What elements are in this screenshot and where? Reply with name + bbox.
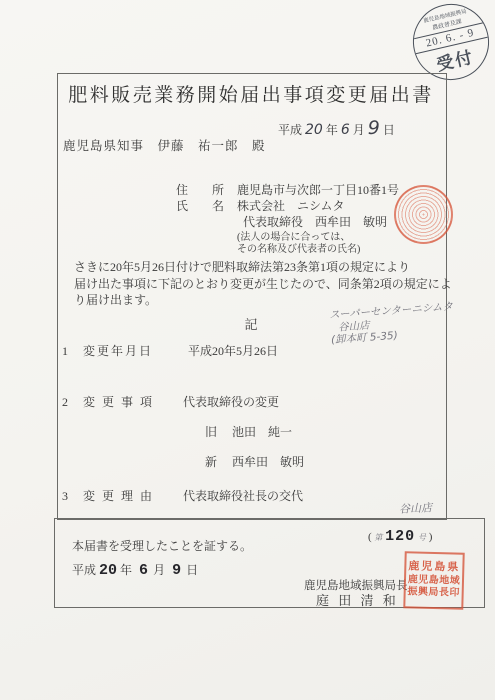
item-1-row: 1 変更年月日 平成20年5月26日 [62, 342, 278, 359]
receipt-number-open-paren: ( [368, 531, 372, 543]
address-value: 鹿児島市与次郎一丁目10番1号 [237, 183, 399, 197]
submission-date-era: 平成 [278, 123, 302, 137]
submission-date-month-label: 月 [353, 123, 365, 137]
receipt-date-month-label: 月 [153, 563, 165, 577]
body-paragraph: さきに20年5月26日付けで肥料取締法第23条第1項の規定により 届け出た事項に… [74, 259, 419, 309]
receipt-date-year-label: 年 [120, 563, 132, 577]
item-2-label: 変 更 事 項 [83, 395, 154, 409]
document-title: 肥料販売業務開始届出事項変更届出書 [57, 80, 445, 107]
submission-date-month: 6 [341, 122, 350, 138]
old-prefix: 旧 [205, 425, 217, 439]
receipt-number-dai: 第 [374, 533, 382, 542]
handwritten-store-name: 谷山店 [399, 499, 433, 517]
certify-text: 本届書を受理したことを証する。 [72, 537, 252, 554]
official-square-seal: 鹿児島県 鹿児島地域 振興局長印 [403, 551, 464, 610]
receipt-date-era: 平成 [72, 563, 96, 577]
address-row: 住 所 鹿児島市与次郎一丁目10番1号 [176, 181, 399, 198]
item-1-value: 平成20年5月26日 [188, 344, 278, 358]
old-name: 池田 純一 [232, 425, 292, 439]
item-2-value: 代表取締役の変更 [183, 395, 279, 409]
receipt-number-gou: 号 [418, 533, 426, 542]
receipt-number: ( 第 120 号 ) [368, 528, 432, 545]
submission-date-day: 9 [368, 117, 380, 139]
square-seal-line1: 鹿児島県 [408, 560, 460, 575]
address-label: 住 所 [176, 183, 224, 197]
receipt-date-month: 6 [139, 562, 148, 579]
submission-date: 平成 20 年 6 月 9 日 [278, 117, 395, 139]
submission-date-year: 20 [305, 122, 323, 138]
body-line-2: 届け出た事項に下記のとおり変更が生じたので、同条第2項の規定によ [74, 276, 419, 293]
item-3-label: 変 更 理 由 [83, 489, 154, 503]
receipt-number-value: 120 [385, 528, 415, 545]
item-1-label: 変更年月日 [83, 344, 153, 358]
item-2-number: 2 [62, 395, 68, 409]
name-row: 氏 名 株式会社 ニシムタ [176, 197, 345, 214]
item-2-new-row: 新 西牟田 敏明 [205, 453, 304, 470]
receipt-date-year: 20 [99, 562, 117, 579]
receipt-date-day-label: 日 [186, 563, 198, 577]
item-2-row: 2 変 更 事 項 代表取締役の変更 [62, 393, 279, 410]
new-name: 西牟田 敏明 [232, 455, 304, 469]
item-3-row: 3 変 更 理 由 代表取締役社長の交代 [62, 487, 303, 504]
receipt-number-close-paren: ) [429, 531, 433, 543]
item-1-number: 1 [62, 344, 68, 358]
item-3-number: 3 [62, 489, 68, 503]
company-name: 株式会社 ニシムタ [237, 199, 345, 213]
receipt-date-day: 9 [172, 562, 181, 579]
scanned-document-page: 鹿児島地域振興局 農政普及課 20. 6. - 9 受付 肥料販売業務開始届出事… [0, 0, 495, 700]
item-3-value: 代表取締役社長の交代 [183, 489, 303, 503]
body-line-1: さきに20年5月26日付けで肥料取締法第23条第1項の規定により [74, 259, 419, 276]
new-prefix: 新 [205, 455, 217, 469]
name-label: 氏 名 [176, 199, 224, 213]
legal-note-line2: その名称及び代表者の氏名) [237, 240, 360, 255]
addressee: 鹿児島県知事 伊藤 祐一郎 殿 [63, 136, 266, 154]
item-2-old-row: 旧 池田 純一 [205, 423, 292, 440]
company-seal [394, 185, 453, 244]
submission-date-day-label: 日 [383, 123, 395, 137]
official-name: 庭 田 清 和 [316, 590, 399, 609]
submission-date-year-label: 年 [326, 123, 338, 137]
receipt-date: 平成 20 年 6 月 9 日 [72, 561, 198, 579]
square-seal-line3: 振興局長印 [407, 587, 460, 601]
